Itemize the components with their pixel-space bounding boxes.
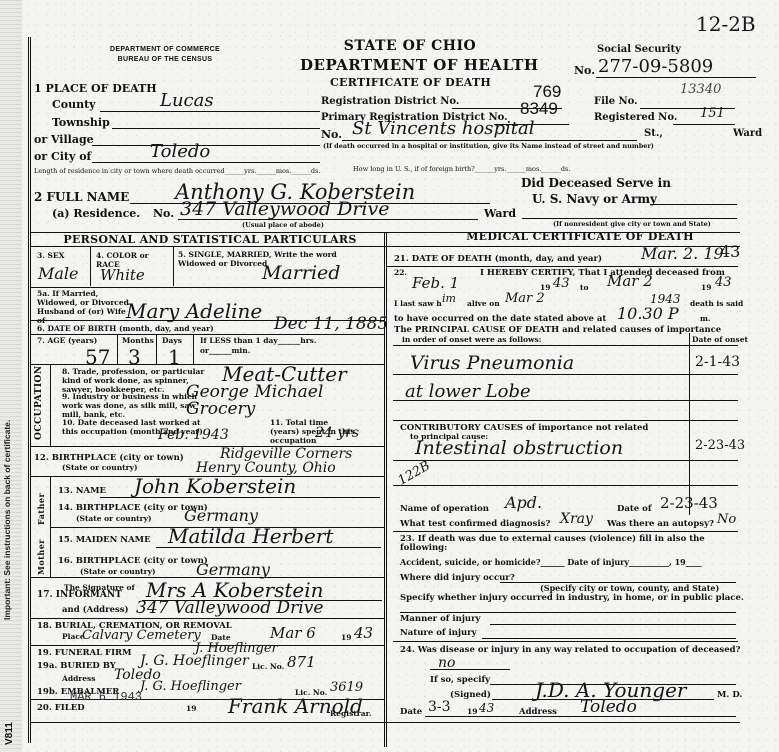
last-saw-label: I last saw h	[394, 299, 442, 308]
informant-address-value: 347 Valleywood Drive	[136, 598, 323, 618]
father-birthplace-value: Germany	[184, 506, 258, 525]
foreign-birth: How long in U. S., if of foreign birth?_…	[353, 165, 570, 173]
alive-on-label: alive on	[467, 299, 500, 308]
cause-1: Virus Pneumonia	[410, 352, 574, 374]
mother-section-label: Mother	[36, 539, 46, 575]
file-no-value: 13340	[680, 82, 721, 97]
ward-label: Ward	[733, 128, 762, 139]
funeral-firm-label: 19. FUNERAL FIRM	[37, 648, 132, 658]
state-title: STATE OF CHIO	[300, 38, 520, 54]
filed-stamp: MAR 6 1943	[70, 690, 142, 704]
county-label: County	[52, 98, 96, 111]
ward-label-2: Ward	[484, 207, 516, 220]
city-label: or City of	[34, 150, 91, 163]
father-section-label: Father	[36, 493, 46, 525]
ssn-no-label: No.	[574, 64, 595, 77]
filed-label: 20. FILED	[37, 703, 85, 713]
father-name-label: 13. NAME	[58, 486, 106, 496]
registrar-label: Registrar.	[330, 709, 371, 718]
burial-year-value: 43	[354, 624, 373, 642]
informant-label: 17. INFORMANT	[37, 590, 122, 600]
cause-label: The PRINCIPAL CAUSE OF DEATH and related…	[394, 325, 721, 335]
death-said-label: death is said	[690, 299, 743, 308]
operation-value: Apd.	[505, 493, 542, 512]
hospital-value: St Vincents hospital	[352, 118, 535, 139]
to-label: to	[580, 283, 588, 292]
color-value: White	[100, 266, 145, 284]
accident-label: Accident, suicide, or homicide?______ Da…	[400, 557, 702, 567]
where-injury-note: (Specify city or town, county, and State…	[540, 583, 719, 593]
mother-maiden-label: 15. MAIDEN NAME	[58, 535, 151, 545]
where-injury-label: Where did injury occur?	[400, 573, 515, 583]
cert-date-value: 3-3	[428, 699, 451, 715]
residence-no-label: No.	[153, 207, 174, 220]
sex-label: 3. SEX	[37, 251, 64, 260]
mother-maiden-value: Matilda Herbert	[168, 524, 333, 548]
manner-label: Manner of injury	[400, 614, 481, 624]
onset-label: Date of onset	[692, 335, 748, 344]
registered-no-value: 151	[700, 106, 725, 121]
autopsy-label: Was there an autopsy?	[607, 519, 714, 529]
test-label: What test confirmed diagnosis?	[400, 519, 550, 529]
dod-label: 21. DATE OF DEATH (month, day, and year)	[394, 254, 602, 264]
contrib-cause: Intestinal obstruction	[415, 437, 623, 459]
military-q1: Did Deceased Serve in	[521, 176, 671, 190]
place-of-death-label: 1 PLACE OF DEATH	[34, 82, 157, 95]
bureau-census: BUREAU OF THE CENSUS	[90, 56, 240, 63]
age-label: 7. AGE (years)	[37, 336, 97, 345]
primary-reg-value: 8349	[520, 99, 558, 119]
cert-date-year-prefix: 19	[467, 707, 477, 716]
test-value: Xray	[560, 511, 593, 527]
residence-label: (a) Residence.	[52, 207, 140, 220]
birthplace-state-label: (State or country)	[62, 463, 138, 472]
residence-length: Length of residence in city or town wher…	[34, 167, 320, 175]
dept-health: DEPARTMENT OF HEALTH	[300, 56, 520, 74]
attended-to-year-prefix: 19	[701, 283, 711, 292]
ssn-value: 277-09-5809	[598, 56, 713, 77]
personal-section-title: PERSONAL AND STATISTICAL PARTICULARS	[60, 233, 360, 246]
total-time-value: 24 yrs	[315, 425, 359, 441]
dod-value: Mar. 2. 19	[641, 244, 724, 263]
file-no-label: File No.	[594, 96, 638, 107]
less-than-day-label: If LESS than 1 day______hrs. or______min…	[200, 336, 360, 356]
cert-date-label: Date	[400, 707, 422, 717]
specify-place-label: Specify whether injury occurred in indus…	[400, 593, 744, 603]
cert-date-year: 43	[479, 701, 494, 715]
cause-label-2: in order of onset were as follows:	[402, 335, 541, 344]
st-label: St.,	[644, 128, 663, 139]
medical-section-title: MEDICAL CERTIFICATE OF DEATH	[440, 230, 720, 243]
external-causes-label: 23. If death was due to external causes …	[400, 535, 736, 553]
dob-label: 6. DATE OF BIRTH (month, day, and year)	[37, 324, 214, 333]
signed-label: (Signed)	[450, 690, 491, 700]
dept-commerce: DEPARTMENT OF COMMERCE	[90, 46, 240, 53]
alive-on-value: Mar 2	[505, 291, 545, 306]
if-so-label: If so, specify	[430, 675, 490, 685]
military-q2: U. S. Navy or Army	[532, 192, 657, 206]
time-value: 10.30 P	[617, 304, 679, 323]
center-divider	[384, 232, 387, 747]
certify-label: I HEREBY CERTIFY, That I attended deceas…	[480, 268, 725, 278]
marital-value: Married	[262, 262, 340, 284]
occupation-related-q: 24. Was disease or injury in any way rel…	[400, 645, 741, 655]
burial-date-value: Mar 6	[270, 624, 316, 642]
father-state-label: (State or country)	[76, 514, 152, 523]
usual-abode-note: (Usual place of abode)	[242, 221, 324, 229]
occurred-label: to have occurred on the date stated abov…	[394, 314, 606, 324]
industry-value: George Michael Grocery	[186, 384, 376, 418]
county-value: Lucas	[160, 90, 214, 111]
buried-by-label: 19a. BURIED BY	[37, 661, 116, 671]
buried-address-label: Address	[62, 674, 95, 683]
corner-note: 12-2B	[696, 12, 756, 36]
age-years: 57	[85, 345, 110, 369]
physician-address-value: Toledo	[580, 697, 637, 717]
md-label: M. D.	[717, 690, 742, 700]
burial-year-prefix: 19	[341, 633, 351, 642]
buried-lic-value: 871	[287, 653, 316, 671]
father-name-value: John Koberstein	[134, 474, 296, 498]
residence-value: 347 Valleywood Drive	[180, 198, 389, 220]
sex-value: Male	[38, 264, 79, 283]
birthplace-label: 12. BIRTHPLACE (city or town)	[34, 453, 184, 463]
op-date-label: Date of	[617, 504, 652, 514]
nonresident-note: (If nonresident give city or town and St…	[553, 220, 711, 228]
days-label: Days	[162, 336, 182, 345]
dob-value: Dec 11, 1885	[274, 314, 388, 334]
attended-to: Mar 2	[607, 272, 653, 290]
registered-no-label: Registered No.	[594, 112, 677, 123]
burial-place-value: Calvary Cemetery	[82, 628, 201, 643]
instructions-side-note: Important: See instructions on back of c…	[2, 340, 12, 620]
embalmer-value: J. G. Hoeflinger	[140, 679, 241, 694]
city-value: Toledo	[150, 141, 210, 162]
form-code: V811	[4, 722, 15, 745]
buried-lic-label: Lic. No.	[252, 662, 284, 671]
hospital-no-label: No.	[321, 128, 342, 141]
last-saw-pronoun: im	[442, 292, 456, 305]
reg-district-label: Registration District No.	[321, 96, 459, 107]
township-label: Township	[52, 116, 110, 129]
op-date-value: 2-23-43	[660, 494, 718, 512]
ssn-label: Social Security	[597, 44, 681, 55]
occupation-section-label: OCCUPATION	[34, 365, 44, 440]
hospital-note: (If death occurred in a hospital or inst…	[323, 142, 654, 150]
mother-birthplace-label: 16. BIRTHPLACE (city or town)	[58, 556, 208, 566]
months-label: Months	[122, 336, 154, 345]
mother-state-label: (State or country)	[80, 567, 156, 576]
nature-label: Nature of injury	[400, 628, 477, 638]
operation-label: Name of operation	[400, 504, 489, 514]
filed-year-prefix: 19	[186, 704, 196, 713]
contrib-onset: 2-23-43	[695, 438, 745, 453]
m-label: m.	[700, 314, 711, 323]
certificate-title: CERTIFICATE OF DEATH	[330, 76, 491, 89]
age-months: 3	[128, 345, 141, 369]
cause-1-onset: 2-1-43	[695, 354, 740, 370]
last-worked-value: Feb. 1943	[158, 427, 229, 443]
full-name-label: 2 FULL NAME	[34, 190, 129, 204]
embalmer-lic-value: 3619	[330, 680, 363, 695]
attended-from: Feb. 1	[412, 274, 459, 292]
age-days: 1	[168, 345, 181, 369]
attended-from-year: 43	[553, 276, 570, 291]
informant-address-label: and (Address)	[62, 605, 129, 615]
attended-to-year: 43	[715, 275, 732, 290]
dod-year: 43	[720, 242, 740, 261]
certify-number: 22.	[394, 268, 407, 277]
cause-2: at lower Lobe	[405, 381, 531, 402]
village-label: or Village	[34, 133, 94, 146]
autopsy-value: No	[717, 512, 736, 527]
